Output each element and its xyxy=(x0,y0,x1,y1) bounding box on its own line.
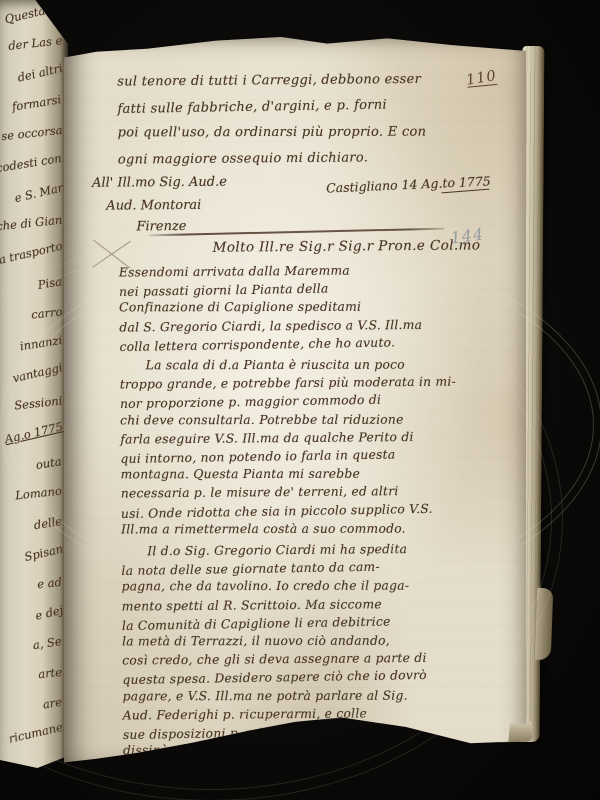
handwritten-fragment: e dej xyxy=(34,603,68,639)
handwritten-line: Confinazione di Capiglione speditami xyxy=(119,298,499,317)
page-content: 110 144 sul tenore di tutti i Carreggi, … xyxy=(61,32,529,774)
manuscript-page: 110 144 sul tenore di tutti i Carreggi, … xyxy=(64,34,526,772)
handwritten-fragment: Lomano xyxy=(15,484,65,519)
handwritten-line: pagare, e V.S. Ill.ma ne potrà parlare a… xyxy=(123,686,503,705)
page-stack-bump xyxy=(535,588,554,661)
address-city: Firenze xyxy=(136,219,186,234)
handwritten-line: Ill.ma a rimettermela costà a suo commod… xyxy=(121,519,501,538)
handwritten-fragment: arte xyxy=(38,665,65,697)
handwritten-fragment: Pisa xyxy=(37,274,66,307)
salutation: Molto Ill.re Sig.r Sig.r Pron.e Col.mo xyxy=(213,237,481,255)
handwritten-line: ogni maggiore ossequio mi dichiaro. xyxy=(118,144,494,173)
previous-page-text-fragments: Questa mider Las edei altriformarsise oc… xyxy=(0,0,68,800)
previous-page-edge: Questa mider Las edei altriformarsise oc… xyxy=(0,0,68,800)
handwritten-fragment: a, Se xyxy=(32,634,65,668)
manuscript-photo: Questa mider Las edei altriformarsise oc… xyxy=(0,0,600,800)
dateline: Castigliano 14 Ag.to 1775 xyxy=(326,173,491,195)
handwritten-line: La scala di d.a Pianta è riuscita un poc… xyxy=(120,355,500,374)
closing-paragraph: sul tenore di tutti i Carreggi, debbono … xyxy=(117,66,494,173)
handwritten-line: pagna, che da tavolino. Io credo che il … xyxy=(122,577,502,596)
address-recipient-title: All' Ill.mo Sig. Aud.e xyxy=(92,175,227,191)
handwritten-line: dissipò ecc., e p. mio xyxy=(123,741,503,760)
handwritten-fragment: ricumane xyxy=(7,720,67,762)
handwritten-line: montagna. Questa Pianta mi sarebbe xyxy=(121,465,501,484)
handwritten-line: la metà di Terrazzi, il nuovo ciò andand… xyxy=(122,631,502,650)
handwritten-line: fatti sulle fabbriche, d'argini, e p. fo… xyxy=(117,91,493,123)
handwritten-line: chi deve consultarla. Potrebbe tal riduz… xyxy=(120,410,500,429)
separator-ink-rule xyxy=(149,228,445,237)
handwritten-line: poi quell'uso, da ordinarsi più proprio.… xyxy=(118,119,494,146)
address-recipient-name: Aud. Montorai xyxy=(106,198,201,214)
letter-body: Essendomi arrivata dalla Maremmanei pass… xyxy=(119,260,503,761)
